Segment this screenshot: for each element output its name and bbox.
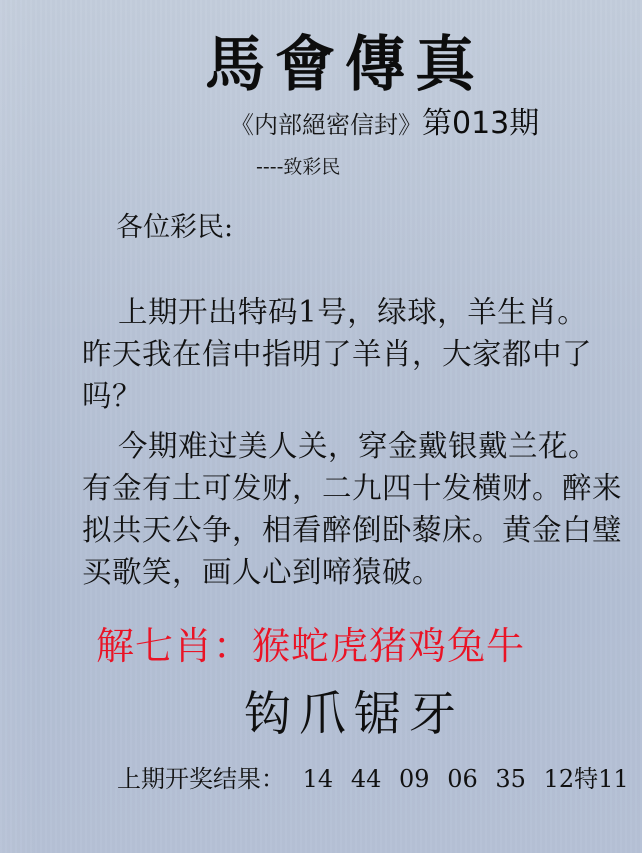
fax-letter-page: 馬會傳真 《内部絕密信封》第013期 ----致彩民 各位彩民: 上期开出特码1… [0,0,642,853]
result-number: 14 [303,765,334,793]
zodiac-hint: 解七肖：猴蛇虎猪鸡兔牛 [96,620,525,672]
paragraph-last-result: 上期开出特码1号，绿球，羊生肖。 昨天我在信中指明了羊肖，大家都中了 吗？ [82,291,602,417]
last-draw-results: 上期开奖结果： 14 44 09 06 35 12特11 [117,762,629,796]
special-label: 特 [574,765,598,793]
issue-number: 第013期 [422,106,539,141]
page-title: 馬會傳真 [0,28,642,102]
subtitle: 《内部絕密信封》第013期 [230,104,539,148]
paragraph-poem: 今期难过美人关，穿金戴银戴兰花。 有金有土可发财，二九四十发横财。醉来 拟共天公… [82,425,602,593]
result-number: 35 [495,765,526,793]
paragraph-line: 昨天我在信中指明了羊肖，大家都中了 [82,333,602,375]
paragraph-line: 今期难过美人关，穿金戴银戴兰花。 [82,425,602,467]
result-number: 44 [351,765,382,793]
subtitle-bracket-text: 《内部絕密信封》 [230,111,422,139]
idiom-phrase: 钩爪锯牙 [244,684,464,746]
paragraph-line: 吗？ [82,375,602,417]
salutation: 各位彩民: [116,208,233,248]
paragraph-line: 上期开出特码1号，绿球，羊生肖。 [82,291,602,333]
paragraph-line: 拟共天公争，相看醉倒卧藜床。黄金白璧 [82,509,602,551]
result-number: 09 [399,765,430,793]
signature-line: ----致彩民 [256,153,340,181]
paragraph-line: 买歌笑，画人心到啼猿破。 [82,551,602,593]
result-number: 06 [447,765,478,793]
results-label: 上期开奖结果： [117,765,285,793]
result-number: 12 [544,765,575,793]
paragraph-line: 有金有土可发财，二九四十发横财。醉来 [82,467,602,509]
special-number: 11 [598,765,629,793]
